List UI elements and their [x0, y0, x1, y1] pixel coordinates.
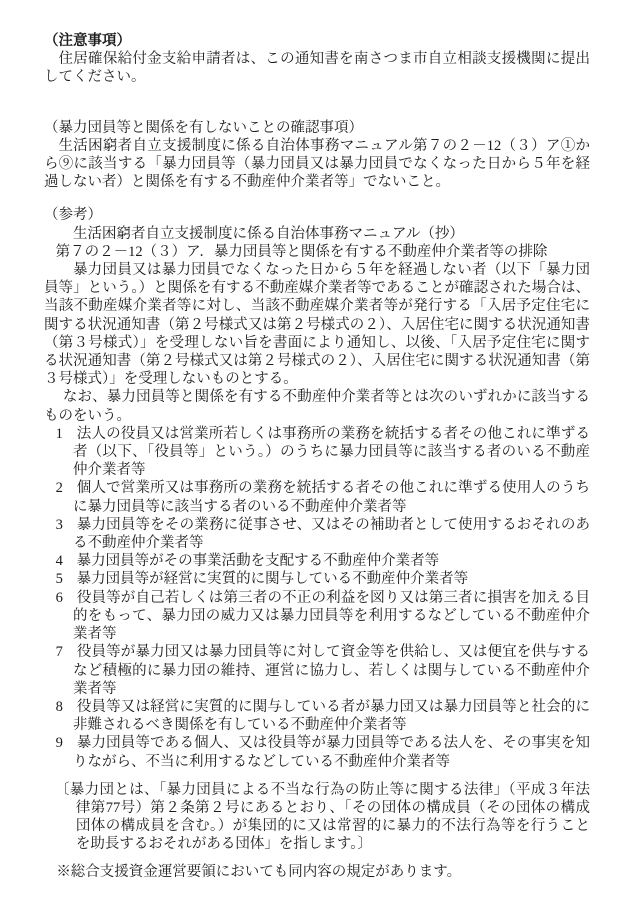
item-number: 8 — [56, 699, 63, 715]
item-text: 役員等が暴力団又は暴力団員等に対して資金等を供給し、又は便宜を供与するなど積極的… — [73, 644, 590, 696]
reference-paragraph-1: 暴力団員又は暴力団員でなくなった日から５年を経過しない者（以下「暴力団員等」とい… — [44, 261, 590, 388]
item-number: 5 — [56, 571, 63, 587]
confirmation-heading: （暴力団員等と関係を有しないことの確認事項） — [44, 119, 590, 137]
article-heading: 第７の２－12（３）ア．暴力団員等と関係を有する不動産仲介業者等の排除 — [56, 243, 590, 261]
section-notice: （注意事項） 住居確保給付金支給申請者は、この通知書を南さつま市自立相談支援機関… — [44, 32, 590, 87]
manual-title: 生活困窮者自立支援制度に係る自治体事務マニュアル（抄） — [73, 225, 590, 243]
confirmation-body: 生活困窮者自立支援制度に係る自治体事務マニュアル第７の２－12（３）ア①から⑨に… — [44, 137, 590, 192]
section-reference: （参考） 生活困窮者自立支援制度に係る自治体事務マニュアル（抄） 第７の２－12… — [44, 206, 590, 853]
excluded-agents-list: 1法人の役員又は営業所若しくは事務所の業務を統括する者その他これに準ずる者（以下… — [44, 425, 590, 771]
item-text: 役員等又は経営に実質的に関与している者が暴力団又は暴力団員等と社会的に非難される… — [73, 699, 590, 733]
section-confirmation: （暴力団員等と関係を有しないことの確認事項） 生活困窮者自立支援制度に係る自治体… — [44, 119, 590, 192]
notice-heading: （注意事項） — [44, 32, 590, 50]
item-text: 個人で営業所又は事務所の業務を統括する者その他これに準ずる使用人のうちに暴力団員… — [73, 480, 590, 514]
reference-heading: （参考） — [44, 206, 590, 224]
excluded-agent-item: 6役員等が自己若しくは第三者の不正の利益を図り又は第三者に損害を加える目的をもっ… — [44, 589, 590, 644]
item-number: 9 — [56, 735, 63, 751]
item-text: 役員等が自己若しくは第三者の不正の利益を図り又は第三者に損害を加える目的をもって… — [73, 590, 590, 642]
footer-note: ※総合支援資金運営要領においても同内容の規定があります。 — [56, 863, 590, 881]
excluded-agent-item: 8役員等又は経営に実質的に関与している者が暴力団又は暴力団員等と社会的に非難され… — [44, 698, 590, 734]
excluded-agent-item: 1法人の役員又は営業所若しくは事務所の業務を統括する者その他これに準ずる者（以下… — [44, 425, 590, 480]
document-page: （注意事項） 住居確保給付金支給申請者は、この通知書を南さつま市自立相談支援機関… — [0, 0, 630, 903]
item-number: 7 — [56, 644, 63, 660]
item-text: 暴力団員等がその事業活動を支配する不動産仲介業者等 — [77, 553, 440, 569]
excluded-agent-item: 5暴力団員等が経営に実質的に関与している不動産仲介業者等 — [44, 570, 590, 588]
excluded-agent-item: 3暴力団員等をその業務に従事させ、又はその補助者として使用するおそれのある不動産… — [44, 516, 590, 552]
item-text: 法人の役員又は営業所若しくは事務所の業務を統括する者その他これに準ずる者（以下、… — [73, 426, 590, 478]
notice-body: 住居確保給付金支給申請者は、この通知書を南さつま市自立相談支援機関に提出してくだ… — [44, 50, 590, 86]
excluded-agent-item: 4暴力団員等がその事業活動を支配する不動産仲介業者等 — [44, 552, 590, 570]
item-number: 1 — [56, 426, 63, 442]
excluded-agent-item: 2個人で営業所又は事務所の業務を統括する者その他これに準ずる使用人のうちに暴力団… — [44, 479, 590, 515]
reference-paragraph-2: なお、暴力団員等と関係を有する不動産仲介業者等とは次のいずれかに該当するものをい… — [44, 388, 590, 424]
item-number: 4 — [56, 553, 63, 569]
item-number: 2 — [56, 480, 63, 496]
item-text: 暴力団員等である個人、又は役員等が暴力団員等である法人を、その事実を知りながら、… — [73, 735, 590, 769]
boryokudan-definition-note: 〔暴力団とは、「暴力団員による不当な行為の防止等に関する法律」（平成３年法律第7… — [55, 781, 590, 854]
item-text: 暴力団員等が経営に実質的に関与している不動産仲介業者等 — [77, 571, 469, 587]
excluded-agent-item: 9暴力団員等である個人、又は役員等が暴力団員等である法人を、その事実を知りながら… — [44, 734, 590, 770]
excluded-agent-item: 7役員等が暴力団又は暴力団員等に対して資金等を供給し、又は便宜を供与するなど積極… — [44, 643, 590, 698]
item-text: 暴力団員等をその業務に従事させ、又はその補助者として使用するおそれのある不動産仲… — [73, 517, 590, 551]
item-number: 6 — [56, 590, 63, 606]
item-number: 3 — [56, 517, 63, 533]
